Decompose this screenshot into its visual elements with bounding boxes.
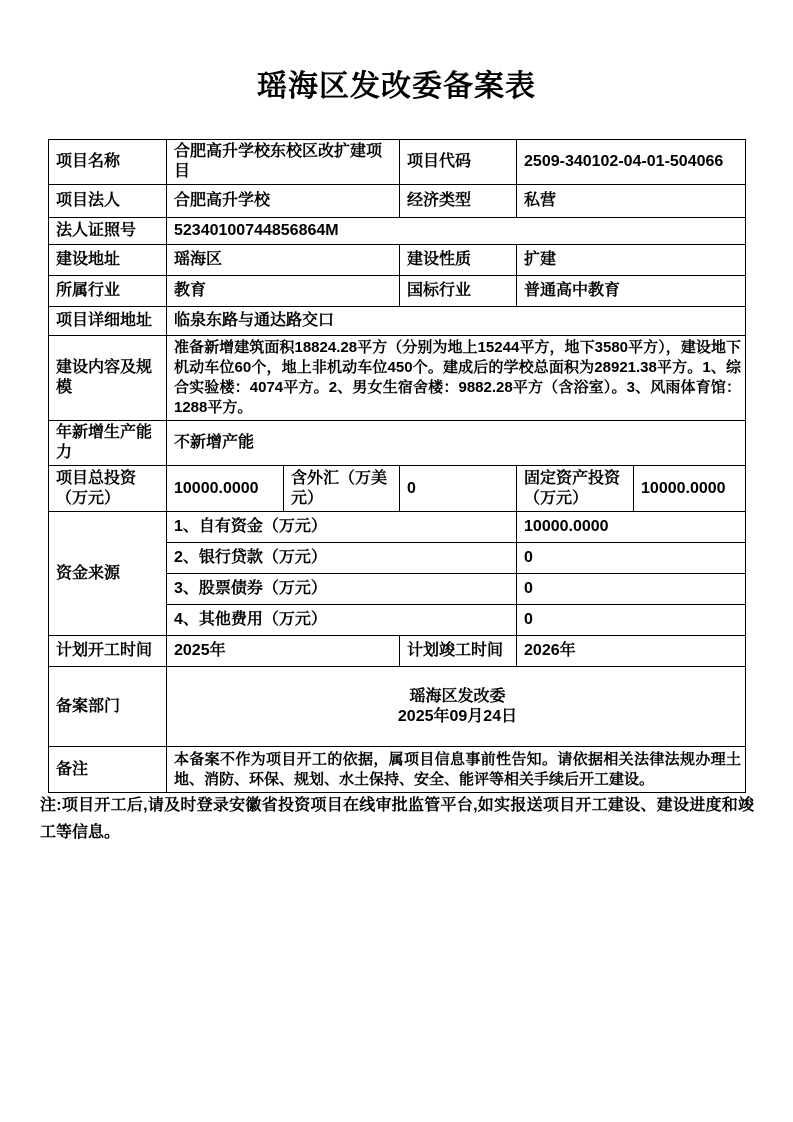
row-license-no: 法人证照号 52340100744856864M [49, 218, 746, 245]
row-industry: 所属行业 教育 国标行业 普通高中教育 [49, 276, 746, 307]
funding-item-1-label: 1、自有资金（万元） [167, 512, 517, 543]
construction-nature-value: 扩建 [517, 245, 746, 276]
national-industry-value: 普通高中教育 [517, 276, 746, 307]
funding-item-4-label: 4、其他费用（万元） [167, 605, 517, 636]
row-total-investment: 项目总投资（万元） 10000.0000 含外汇（万美元） 0 固定资产投资（万… [49, 466, 746, 512]
project-code-value: 2509-340102-04-01-504066 [517, 140, 746, 185]
row-new-capacity: 年新增生产能力 不新增产能 [49, 421, 746, 466]
funding-item-1-value: 10000.0000 [517, 512, 746, 543]
row-legal-person: 项目法人 合肥高升学校 经济类型 私营 [49, 185, 746, 218]
row-remarks: 备注 本备案不作为项目开工的依据，属项目信息事前性告知。请依据相关法律法规办理土… [49, 747, 746, 793]
row-construction-content: 建设内容及规模 准备新增建筑面积18824.28平方（分别为地上15244平方，… [49, 336, 746, 421]
row-detailed-address: 项目详细地址 临泉东路与通达路交口 [49, 307, 746, 336]
legal-person-value: 合肥高升学校 [167, 185, 400, 218]
detailed-address-label: 项目详细地址 [49, 307, 167, 336]
total-investment-value: 10000.0000 [167, 466, 284, 512]
funding-source-label: 资金来源 [49, 512, 167, 636]
funding-item-4-value: 0 [517, 605, 746, 636]
fixed-assets-value: 10000.0000 [634, 466, 746, 512]
planned-completion-label: 计划竣工时间 [400, 636, 517, 667]
funding-item-2-value: 0 [517, 543, 746, 574]
national-industry-label: 国标行业 [400, 276, 517, 307]
industry-label: 所属行业 [49, 276, 167, 307]
funding-item-3-value: 0 [517, 574, 746, 605]
legal-person-label: 项目法人 [49, 185, 167, 218]
license-no-value: 52340100744856864M [167, 218, 746, 245]
fixed-assets-label: 固定资产投资（万元） [517, 466, 634, 512]
new-capacity-value: 不新增产能 [167, 421, 746, 466]
economic-type-label: 经济类型 [400, 185, 517, 218]
footer-note: 注:项目开工后,请及时登录安徽省投资项目在线审批监管平台,如实报送项目开工建设、… [40, 792, 754, 846]
detailed-address-value: 临泉东路与通达路交口 [167, 307, 746, 336]
construction-content-value: 准备新增建筑面积18824.28平方（分别为地上15244平方，地下3580平方… [167, 336, 746, 421]
project-code-label: 项目代码 [400, 140, 517, 185]
row-planned-dates: 计划开工时间 2025年 计划竣工时间 2026年 [49, 636, 746, 667]
project-name-label: 项目名称 [49, 140, 167, 185]
remarks-value: 本备案不作为项目开工的依据，属项目信息事前性告知。请依据相关法律法规办理土地、消… [167, 747, 746, 793]
row-funding-item-1: 资金来源 1、自有资金（万元） 10000.0000 [49, 512, 746, 543]
foreign-exchange-label: 含外汇（万美元） [284, 466, 400, 512]
filing-date: 2025年09月24日 [174, 707, 741, 727]
document-page: 瑶海区发改委备案表 项目名称 合肥高升学校东校区改扩建项目 项目代码 2509-… [0, 0, 793, 1122]
foreign-exchange-value: 0 [400, 466, 517, 512]
row-project-name: 项目名称 合肥高升学校东校区改扩建项目 项目代码 2509-340102-04-… [49, 140, 746, 185]
filing-department-label: 备案部门 [49, 667, 167, 747]
planned-completion-value: 2026年 [517, 636, 746, 667]
filing-form-table: 项目名称 合肥高升学校东校区改扩建项目 项目代码 2509-340102-04-… [48, 139, 746, 793]
filing-department-value: 瑶海区发改委 2025年09月24日 [167, 667, 746, 747]
project-name-value: 合肥高升学校东校区改扩建项目 [167, 140, 400, 185]
economic-type-value: 私营 [517, 185, 746, 218]
page-title: 瑶海区发改委备案表 [0, 61, 793, 105]
row-filing-department: 备案部门 瑶海区发改委 2025年09月24日 [49, 667, 746, 747]
construction-content-label: 建设内容及规模 [49, 336, 167, 421]
row-construction-address: 建设地址 瑶海区 建设性质 扩建 [49, 245, 746, 276]
planned-start-value: 2025年 [167, 636, 400, 667]
construction-address-label: 建设地址 [49, 245, 167, 276]
total-investment-label: 项目总投资（万元） [49, 466, 167, 512]
construction-address-value: 瑶海区 [167, 245, 400, 276]
funding-item-2-label: 2、银行贷款（万元） [167, 543, 517, 574]
new-capacity-label: 年新增生产能力 [49, 421, 167, 466]
construction-nature-label: 建设性质 [400, 245, 517, 276]
remarks-label: 备注 [49, 747, 167, 793]
industry-value: 教育 [167, 276, 400, 307]
planned-start-label: 计划开工时间 [49, 636, 167, 667]
license-no-label: 法人证照号 [49, 218, 167, 245]
filing-department-name: 瑶海区发改委 [174, 687, 741, 707]
funding-item-3-label: 3、股票债券（万元） [167, 574, 517, 605]
